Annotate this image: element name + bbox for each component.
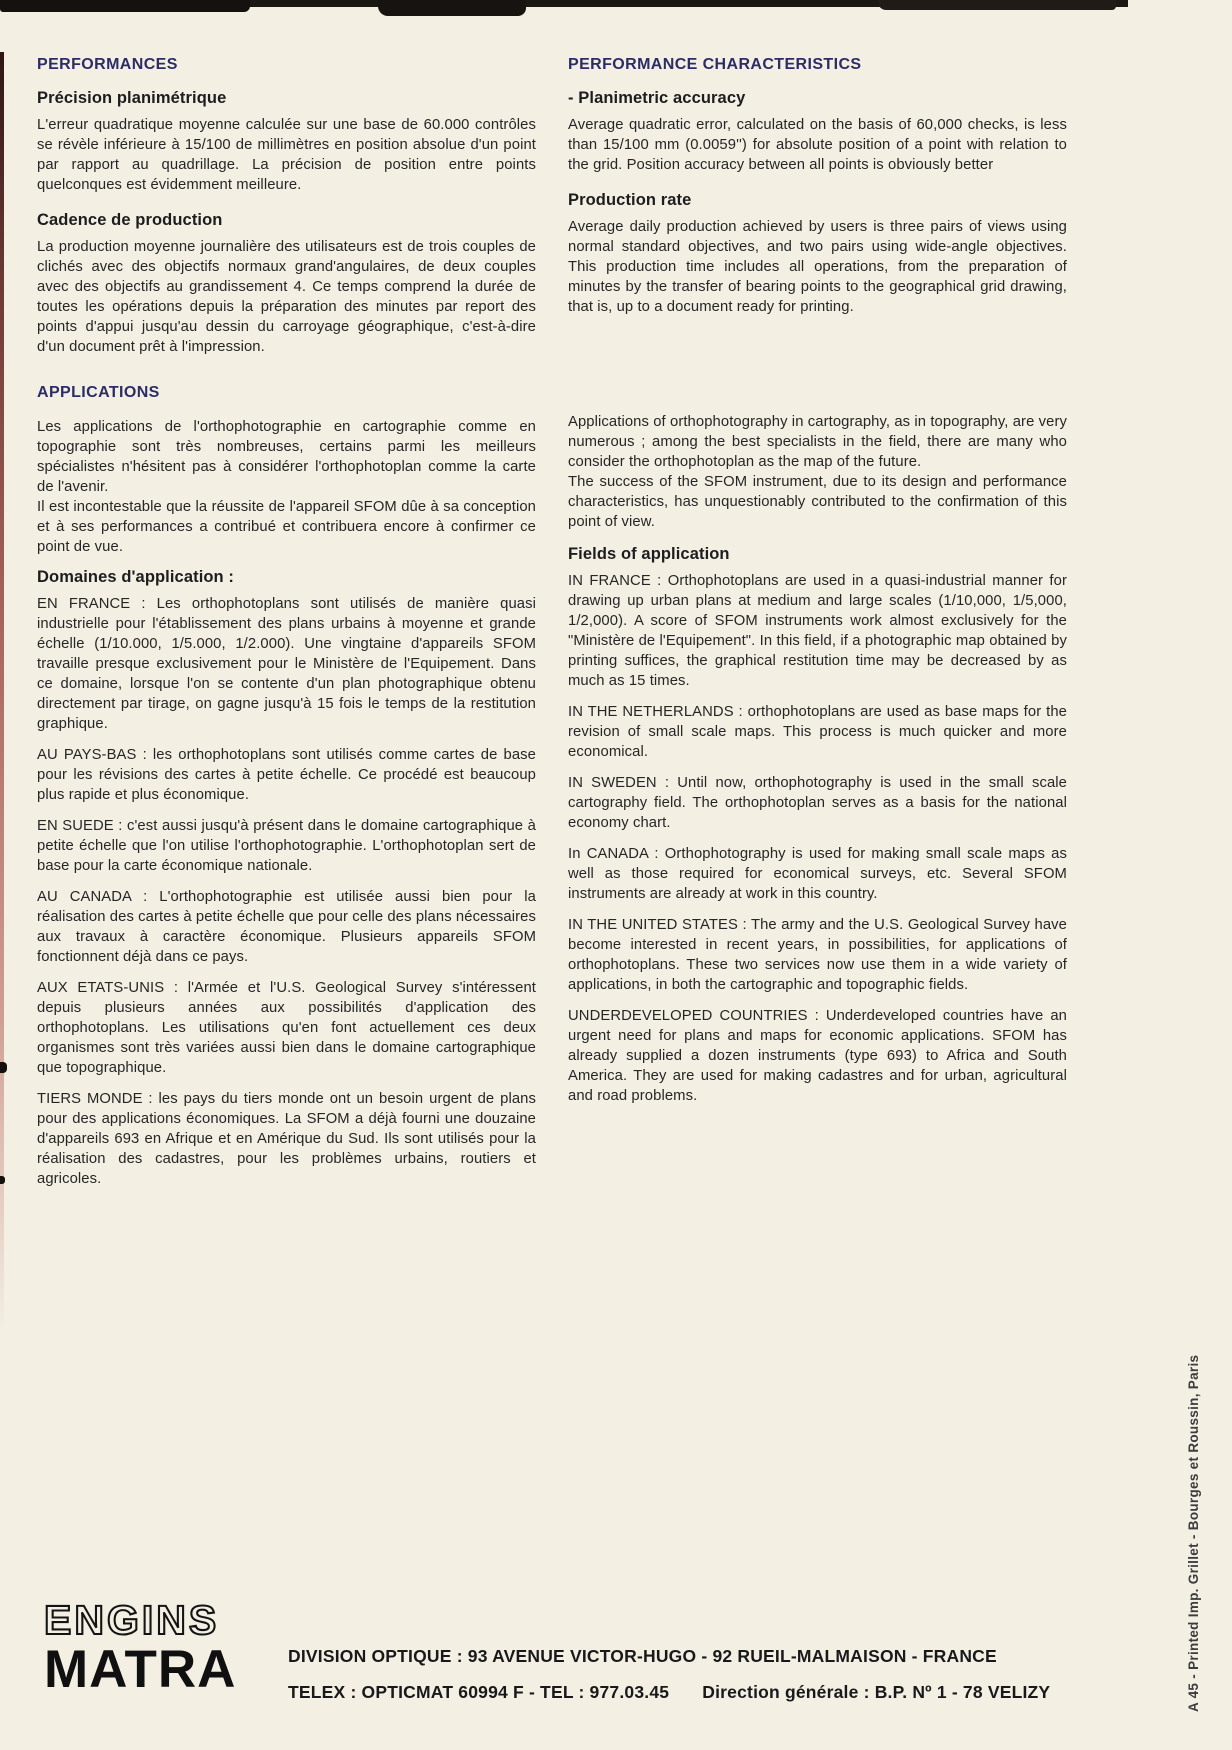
applications-en-paragraph-1: Applications of orthophotography in cart… xyxy=(568,412,1067,472)
domain-paragraph-tiersmonde: TIERS MONDE : les pays du tiers monde on… xyxy=(37,1089,536,1189)
engins-matra-logo: ENGINS MATRA xyxy=(44,1600,236,1696)
performances-heading: PERFORMANCES xyxy=(37,55,536,75)
cadence-paragraph: La production moyenne journalière des ut… xyxy=(37,237,536,357)
cadence-subheading: Cadence de production xyxy=(37,210,536,231)
applications-paragraph-1: Les applications de l'orthophotographie … xyxy=(37,417,536,497)
address-line-2: TELEX : OPTICMAT 60994 F - TEL : 977.03.… xyxy=(288,1682,1050,1703)
precision-subheading: Précision planimétrique xyxy=(37,88,536,109)
field-paragraph-france: IN FRANCE : Orthophotoplans are used in … xyxy=(568,571,1067,691)
applications-heading: APPLICATIONS xyxy=(37,383,536,403)
address-direction-generale: Direction générale : B.P. Nº 1 - 78 VELI… xyxy=(702,1682,1050,1702)
domain-paragraph-france: EN FRANCE : Les orthophotoplans sont uti… xyxy=(37,594,536,734)
logo-matra-text: MATRA xyxy=(44,1643,236,1696)
production-rate-subheading: Production rate xyxy=(568,190,1067,211)
scan-edge-tick xyxy=(0,1176,5,1184)
planimetric-subheading: - Planimetric accuracy xyxy=(568,88,1067,109)
applications-paragraph-2: Il est incontestable que la réussite de … xyxy=(37,497,536,557)
production-rate-paragraph: Average daily production achieved by use… xyxy=(568,217,1067,317)
address-telex-tel: TELEX : OPTICMAT 60994 F - TEL : 977.03.… xyxy=(288,1682,669,1702)
scan-edge-left xyxy=(0,52,4,1332)
logo-engins-text: ENGINS xyxy=(44,1600,236,1641)
french-column: PERFORMANCES Précision planimétrique L'e… xyxy=(37,55,536,1200)
field-paragraph-netherlands: IN THE NETHERLANDS : orthophotoplans are… xyxy=(568,702,1067,762)
address-line-1: DIVISION OPTIQUE : 93 AVENUE VICTOR-HUGO… xyxy=(288,1646,997,1667)
field-paragraph-canada: In CANADA : Orthophotography is used for… xyxy=(568,844,1067,904)
applications-en-paragraph-2: The success of the SFOM instrument, due … xyxy=(568,472,1067,532)
english-column-applications: Applications of orthophotography in cart… xyxy=(568,412,1067,1117)
field-paragraph-unitedstates: IN THE UNITED STATES : The army and the … xyxy=(568,915,1067,995)
domain-paragraph-paysbas: AU PAYS-BAS : les orthophotoplans sont u… xyxy=(37,745,536,805)
fields-subheading: Fields of application xyxy=(568,544,1067,565)
domain-paragraph-canada: AU CANADA : L'orthophotographie est util… xyxy=(37,887,536,967)
printer-credit-vertical: A 45 - Printed Imp. Grillet - Bourges et… xyxy=(1186,1292,1201,1712)
precision-paragraph: L'erreur quadratique moyenne calculée su… xyxy=(37,115,536,195)
domain-paragraph-etatsunis: AUX ETATS-UNIS : l'Armée et l'U.S. Geolo… xyxy=(37,978,536,1078)
field-paragraph-sweden: IN SWEDEN : Until now, orthophotography … xyxy=(568,773,1067,833)
scan-edge-tick xyxy=(0,1062,7,1073)
english-column-performance: PERFORMANCE CHARACTERISTICS - Planimetri… xyxy=(568,55,1067,326)
planimetric-paragraph: Average quadratic error, calculated on t… xyxy=(568,115,1067,175)
domains-subheading: Domaines d'application : xyxy=(37,567,536,588)
performance-characteristics-heading: PERFORMANCE CHARACTERISTICS xyxy=(568,55,1067,75)
scan-edge-top-blob xyxy=(878,0,1116,10)
field-paragraph-underdeveloped: UNDERDEVELOPED COUNTRIES : Underdevelope… xyxy=(568,1006,1067,1106)
domain-paragraph-suede: EN SUEDE : c'est aussi jusqu'à présent d… xyxy=(37,816,536,876)
brochure-page: PERFORMANCES Précision planimétrique L'e… xyxy=(0,0,1232,1750)
scan-edge-top-blob xyxy=(378,0,526,16)
scan-edge-top-blob xyxy=(0,0,250,12)
